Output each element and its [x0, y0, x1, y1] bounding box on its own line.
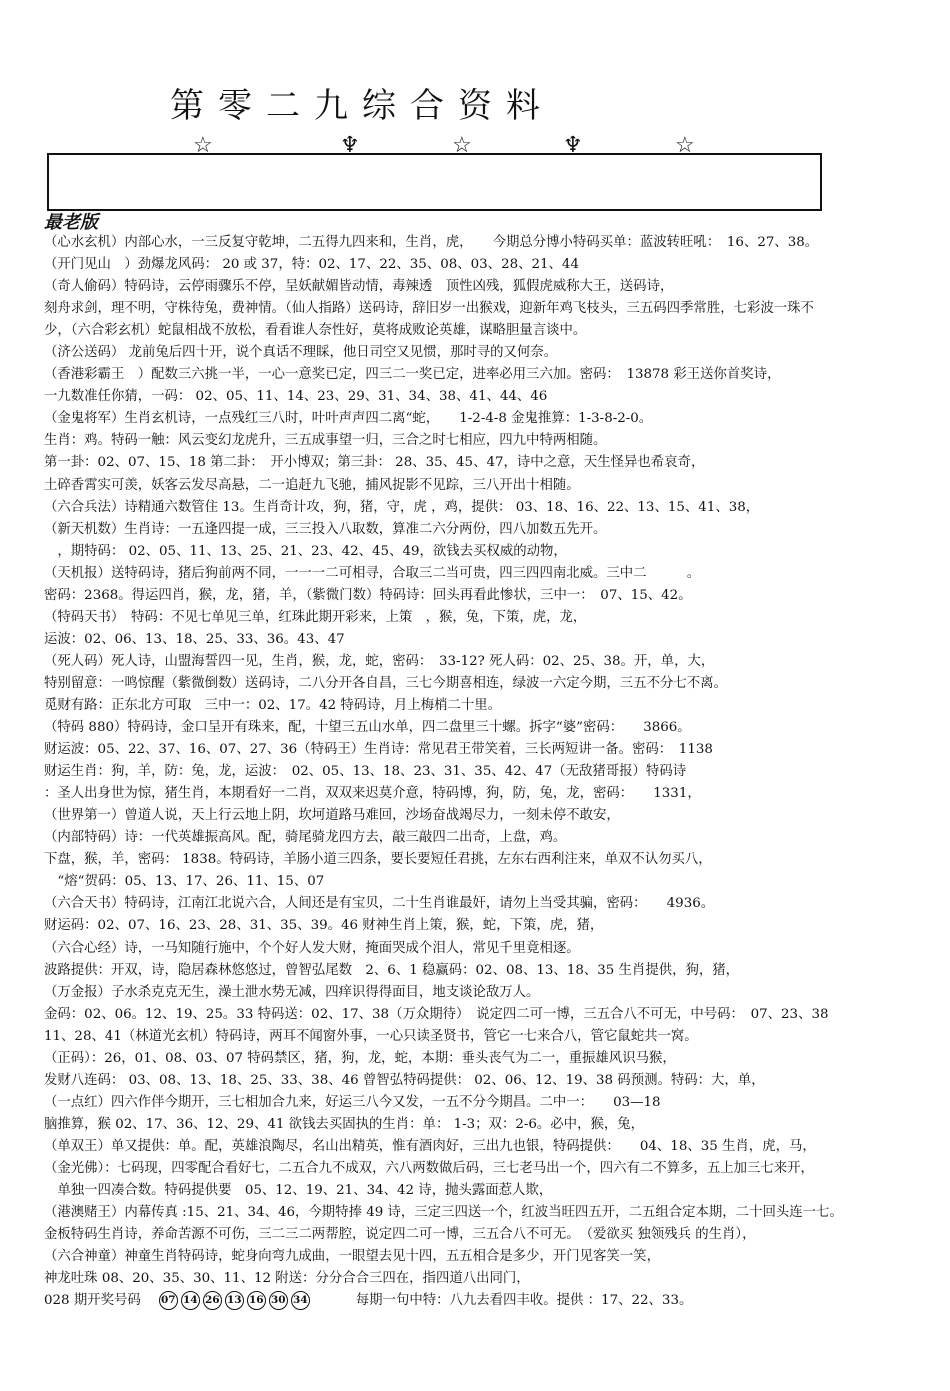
blank-banner-box: [47, 153, 822, 211]
text-line: 财运生肖：狗，羊，防：兔，龙，运波： 02、05、13、18、23、31、35、…: [44, 761, 944, 783]
text-line: （六合兵法）诗精通六数管住 13。生肖奇计攻，狗，猪，守，虎 ，鸡，提供： 03…: [44, 497, 944, 519]
draw-numbers: 07142613163034: [159, 1291, 310, 1310]
text-line: （奇人偷码）特码诗，云停雨骤乐不停，呈妖献媚皆动情，毒辣透 顶性凶残，狐假虎威称…: [44, 276, 944, 298]
text-line: （心水玄机）内部心水，一三反复守乾坤，二五得九四来和，生肖，虎， 今期总分博小特…: [44, 232, 944, 254]
text-line: 第一卦：02、07、15、18 第二卦： 开小博双；第三卦： 28、35、45、…: [44, 452, 944, 474]
text-line: 脑推算，猴 02、17、36、12、29、41 欲钱去买固执的生肖：单： 1-3…: [44, 1114, 944, 1136]
text-line: 金码：02、06。12、19、25。33 特码送：02、17、38（万众期待） …: [44, 1004, 944, 1026]
text-line: 下盘，猴，羊，密码： 1838。特码诗，羊肠小道三四条，要长要短任君挑，左东右西…: [44, 849, 944, 871]
text-line: （天机报）送特码诗，猪后狗前两不同，一一一二可相寻，合取三二当可贵，四三四四南北…: [44, 563, 944, 585]
draw-result-line: 028 期开奖号码07142613163034每期一句中特：八九去看四丰收。提供…: [44, 1290, 944, 1312]
text-line: 一九数准任你猜，一码： 02、05、11、14、23、29、31、34、38、4…: [44, 386, 944, 408]
text-line: 土碎香霄实可羡，妖客云发尽高悬，二一追赶九飞驰，捕风捉影不见踪，三八开出十相随。: [44, 475, 944, 497]
text-line: （开门见山 ）劲爆龙风码： 20 或 37，特：02、17、22、35、08、0…: [44, 254, 944, 276]
text-line: （济公送码） 龙前兔后四十开，说个真话不理睬，他日司空又见惯，那时寻的又何奈。: [44, 342, 944, 364]
text-line: 财运码：02、07、16、23、28、31、35、39。46 财神生肖上策，猴，…: [44, 915, 944, 937]
text-line: 发财八连码： 03、08、13、18、25、33、38、46 曾智弘特码提供： …: [44, 1070, 944, 1092]
draw-label: 028 期开奖号码: [44, 1293, 141, 1308]
text-line: （六合天书）特码诗，江南江北说六合，人间还是有宝贝，二十生肖谁最奸，请勿上当受其…: [44, 893, 944, 915]
text-line: 刻舟求剑，理不明，守株待兔，费神情。（仙人指路）送码诗，辞旧岁一出猴戏，迎新年鸡…: [44, 298, 944, 320]
text-line: （金光佛）：七码现，四零配合看好七，二五合九不成双，六八两数做后码，三七老马出一…: [44, 1158, 944, 1180]
text-line: （金鬼将军）生肖玄机诗，一点残红三八时，叶叶声声四二离“蛇， 1-2-4-8 金…: [44, 408, 944, 430]
number-ball-icon: 07: [159, 1291, 178, 1310]
text-line: 生肖：鸡。特码一触：风云变幻龙虎升，三五成事望一归，三合之时七相应，四九中特两相…: [44, 430, 944, 452]
content-lines: （心水玄机）内部心水，一三反复守乾坤，二五得九四来和，生肖，虎， 今期总分博小特…: [44, 232, 944, 1312]
text-line: 觅财有路：正东北方可取 三中一：02、17。42 特码诗，月上梅梢二十里。: [44, 695, 944, 717]
text-line: （六合心经）诗，一马知随行施中，个个好人发大财，掩面哭成个泪人，常见千里竟相逐。: [44, 938, 944, 960]
text-line: （特码 880）特码诗，金口呈开有珠来，配，十望三五山水单，四二盘里三十螺。拆字…: [44, 717, 944, 739]
number-ball-icon: 13: [225, 1291, 244, 1310]
text-line: 特别留意：一鸣惊醒（紫微倒数）送码诗，二八分开各自昌，三七今期喜相连，绿波一六定…: [44, 673, 944, 695]
number-ball-icon: 26: [203, 1291, 222, 1310]
text-line: （六合神童）神童生肖特码诗，蛇身向弯九成曲，一眼望去见十四，五五相合是多少，开门…: [44, 1246, 944, 1268]
text-line: （正码）：26，01、08、03、07 特码禁区，猪，狗，龙，蛇，本期：垂头丧气…: [44, 1048, 944, 1070]
text-line: ，期特码： 02、05、11、13、25、21、23、42、45、49，欲钱去买…: [44, 541, 944, 563]
text-line: （内部特码）诗：一代英雄振高风。配，骑尾骑龙四方去，敲三敲四二出奇，上盘，鸡。: [44, 827, 944, 849]
text-line: （万金报）子水杀克克无生，澡土泄水势无减，四痒识得得面目，地支谈论敌万人。: [44, 982, 944, 1004]
text-line: ：圣人出身世为惊，猪生肖，本期看好一二肖，双双来迟莫介意，特码博，狗，防，兔，龙…: [44, 783, 944, 805]
text-line: （单双王）单又提供：单。配，英雄浪陶尽，名山出精英，惟有酒肉好，三出九也银，特码…: [44, 1136, 944, 1158]
page-title: 第零二九综合资料: [170, 78, 554, 127]
text-line: 密码：2368。得运四肖，猴，龙，猪，羊，（紫微门数）特码诗：回头再看此惨状，三…: [44, 585, 944, 607]
text-line: 财运波：05、22、37、16、07、27、36（特码王）生肖诗：常见君王带笑着…: [44, 739, 944, 761]
text-line: 少，（六合彩玄机）蛇鼠相战不放松，看看谁人奈性好，莫将成败论英雄，谋略胆量言谈中…: [44, 320, 944, 342]
edition-label: 最老版: [44, 208, 98, 234]
text-line: （港澳赌王）内幕传真 :15、21、34、46，今期特捧 49 诗，三定三四送一…: [44, 1202, 944, 1224]
number-ball-icon: 16: [247, 1291, 266, 1310]
text-line: 11、28、41（林道光玄机）特码诗，两耳不闻窗外事，一心只读圣贤书，管它一七来…: [44, 1026, 944, 1048]
tail-text: 每期一句中特：八九去看四丰收。提供 ：17、22、33。: [356, 1293, 693, 1308]
text-line: （世界第一）曾道人说，天上行云地上阴，坎坷道路马难回，沙场奋战竭尽力，一刻未停不…: [44, 805, 944, 827]
number-ball-icon: 30: [269, 1291, 288, 1310]
text-line: 神龙吐珠 08、20、35、30、11、12 附送：分分合合三四在，指四道八出同…: [44, 1268, 944, 1290]
text-line: “熔“贺码：05、13、17、26、11、15、07: [44, 871, 944, 893]
text-line: 单独一四凑合数。特码提供要 05、12、19、21、34、42 诗，抛头露面惹人…: [44, 1180, 944, 1202]
number-ball-icon: 14: [181, 1291, 200, 1310]
text-line: （特码天书） 特码：不见七单见三单，红珠此期开彩来，上策 ，猴，兔，下策，虎，龙…: [44, 607, 944, 629]
text-line: 波路提供：开双，诗，隐居森林悠悠过，曾智弘尾数 2、6、1 稳赢码：02、08、…: [44, 960, 944, 982]
text-line: （香港彩霸王 ）配数三六挑一半，一心一意奖已定，四三二一奖已定，进率必用三六加。…: [44, 364, 944, 386]
text-line: 运波：02、06、13、18、25、33、36。43、47: [44, 629, 944, 651]
text-line: （一点红）四六作伴今期开，三七相加合九来，好运三八今又发，一五不分今期昌。二中一…: [44, 1092, 944, 1114]
number-ball-icon: 34: [291, 1291, 310, 1310]
text-line: 金板特码生肖诗，养命苦源不可伤，三二三二两帮腔，说定四二可一博，三五合八不可无。…: [44, 1224, 944, 1246]
text-line: （死人码）死人诗，山盟海誓四一见，生肖，猴，龙，蛇，密码： 33-12? 死人码…: [44, 651, 944, 673]
text-line: （新天机数）生肖诗：一五逢四提一成，三三投入八取数，算准二六分两份，四八加数五先…: [44, 519, 944, 541]
